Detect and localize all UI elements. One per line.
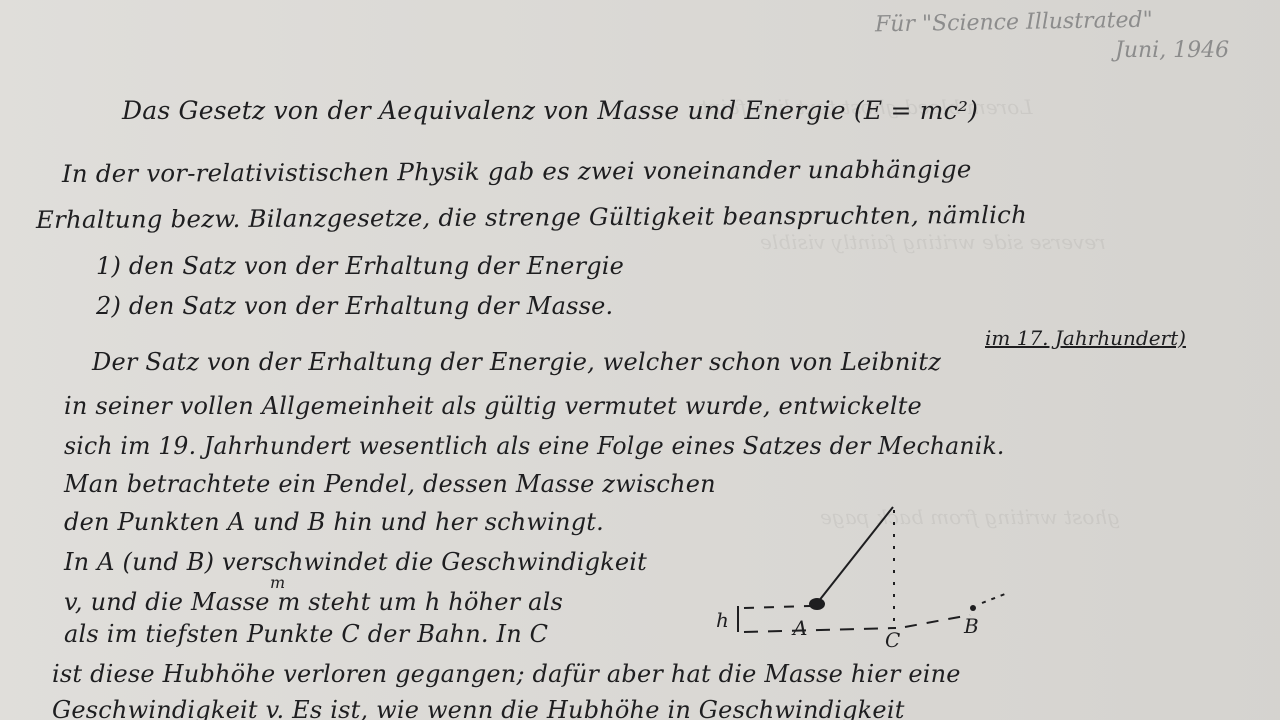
text-line-13: ist diese Hubhöhe verloren gegangen; daf… <box>52 660 961 688</box>
text-line-7: sich im 19. Jahrhundert wesentlich als e… <box>64 432 1005 460</box>
text-line-9: den Punkten A und B hin und her schwingt… <box>64 508 604 536</box>
list-item-1: 1) den Satz von der Erhaltung der Energi… <box>96 252 624 280</box>
text-line-6: in seiner vollen Allgemeinheit als gülti… <box>64 392 922 420</box>
text-line-8: Man betrachtete ein Pendel, dessen Masse… <box>64 470 716 498</box>
document-title: Das Gesetz von der Aequivalenz von Masse… <box>122 96 978 125</box>
text-line-14: Geschwindigkeit v. Es ist, wie wenn die … <box>52 696 905 720</box>
manuscript-page: Lorem bleed ghost text line faint revers… <box>0 0 1280 720</box>
insertion-century: im 17. Jahrhundert) <box>985 326 1186 350</box>
pendulum-diagram: h A C B <box>700 490 1020 660</box>
text-line-10: In A (und B) verschwindet die Geschwindi… <box>64 548 647 576</box>
list-item-2: 2) den Satz von der Erhaltung der Masse. <box>96 292 613 320</box>
label-C: C <box>885 628 900 652</box>
text-line-12: als im tiefsten Punkte C der Bahn. In C <box>64 620 548 648</box>
margin-note-line1: Für "Science Illustrated" <box>875 8 1153 38</box>
text-line-11: v, und die Masse m steht um h höher als <box>64 588 563 616</box>
margin-note-line2: Juni, 1946 <box>1115 38 1229 63</box>
label-B: B <box>964 614 979 638</box>
text-line-5: Der Satz von der Erhaltung der Energie, … <box>92 348 941 376</box>
label-A: A <box>793 616 807 640</box>
text-line-1: In der vor-relativistischen Physik gab e… <box>62 155 972 188</box>
text-line-2: Erhaltung bezw. Bilanzgesetze, die stren… <box>36 201 1027 234</box>
label-h: h <box>716 608 729 632</box>
